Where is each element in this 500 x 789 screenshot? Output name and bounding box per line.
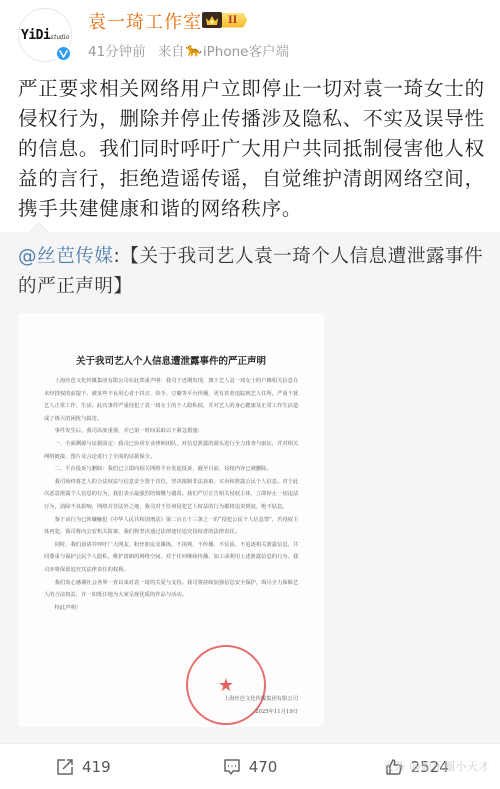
post-text: 严正要求相关网络用户立即停止一切对袁一琦女士的侵权行为，删除并停止传播涉及隐私、…: [18, 74, 488, 224]
post-meta: 41分钟前 来自 🐆 iPhone客户端: [88, 40, 289, 60]
repost-text: @丝芭传媒:【关于我司艺人袁一琦个人信息遭泄露事件的严正声明】: [18, 242, 488, 302]
post-time: 41分钟前: [88, 40, 146, 60]
statement-paragraph: 上海丝芭文化传媒集团有限公司在此郑重声明：我司于近期发现，旗下艺人袁一琦女士的户…: [44, 375, 301, 425]
leopard-icon: 🐆: [186, 43, 202, 58]
statement-body: 上海丝芭文化传媒集团有限公司在此郑重声明：我司于近期发现，旗下艺人袁一琦女士的户…: [44, 375, 301, 614]
watermark: 头条 @娱乐圈小天才: [383, 758, 491, 774]
mention-link[interactable]: @丝芭传媒: [18, 246, 114, 267]
comment-count: 470: [249, 758, 278, 776]
member-badge[interactable]: II: [202, 10, 247, 30]
badge-level: II: [220, 13, 247, 28]
statement-paragraph: 我司始终将艺人的合法权益与信息安全置于首位，坚决抵制非法获取、买卖和泄露公民个人…: [44, 476, 301, 514]
statement-paragraph: 特此声明！: [44, 602, 301, 615]
comment-button[interactable]: 470: [167, 758, 334, 776]
repost-icon: [56, 758, 74, 776]
statement-paragraph: 二、平台投诉与删除：我们已立即向相关网络平台发起投诉，截至目前，侵权内容已被删除…: [44, 463, 301, 476]
statement-paragraph: 一、全面溯源与证据固定：我司已协同专业律师团队，对信息泄露的源头进行全力排查与取…: [44, 438, 301, 463]
avatar-logo: YiDistudio: [21, 28, 69, 43]
crown-icon: [202, 12, 222, 28]
statement-paragraph: 我们衷心感谢社会各界一直以来对袁一琦的关爱与支持。我司将持续加强信息安全保护，竭…: [44, 577, 301, 602]
statement-paragraph: 同时，我们恳请并呼吁广大网友、粉丝朋友及媒体，不围观、不传播、不信谣、不追逐相关…: [44, 539, 301, 577]
statement-paragraph: 鉴于该行为已涉嫌触犯《中华人民共和国刑法》第二百五十三条之一的“侵犯公民个人信息…: [44, 514, 301, 539]
signature-company: 上海丝芭文化传媒集团有限公司: [224, 693, 298, 706]
verified-icon: [55, 45, 72, 62]
comment-icon: [223, 758, 241, 776]
source-prefix: 来自: [158, 40, 185, 60]
author-name[interactable]: 袁一琦工作室: [88, 8, 202, 34]
repost-button[interactable]: 419: [0, 758, 167, 776]
signature-date: 2025年11月19日: [224, 706, 298, 719]
post-header: YiDistudio 袁一琦工作室 II 41分钟前 来自 🐆 iPhone客户…: [0, 0, 500, 70]
statement-image[interactable]: 关于我司艺人个人信息遭泄露事件的严正声明 上海丝芭文化传媒集团有限公司在此郑重声…: [18, 313, 324, 727]
repost-arrow: [29, 222, 49, 242]
statement-paragraph: 事件发生后，我司高度重视，并已第一时间采取以下紧急措施：: [44, 425, 301, 438]
post-device: iPhone客户端: [203, 40, 289, 60]
statement-signature: 上海丝芭文化传媒集团有限公司 2025年11月19日: [224, 693, 298, 719]
repost-card[interactable]: @丝芭传媒:【关于我司艺人袁一琦个人信息遭泄露事件的严正声明】 关于我司艺人个人…: [0, 232, 500, 743]
statement-title: 关于我司艺人个人信息遭泄露事件的严正声明: [18, 353, 324, 367]
repost-count: 419: [82, 758, 111, 776]
